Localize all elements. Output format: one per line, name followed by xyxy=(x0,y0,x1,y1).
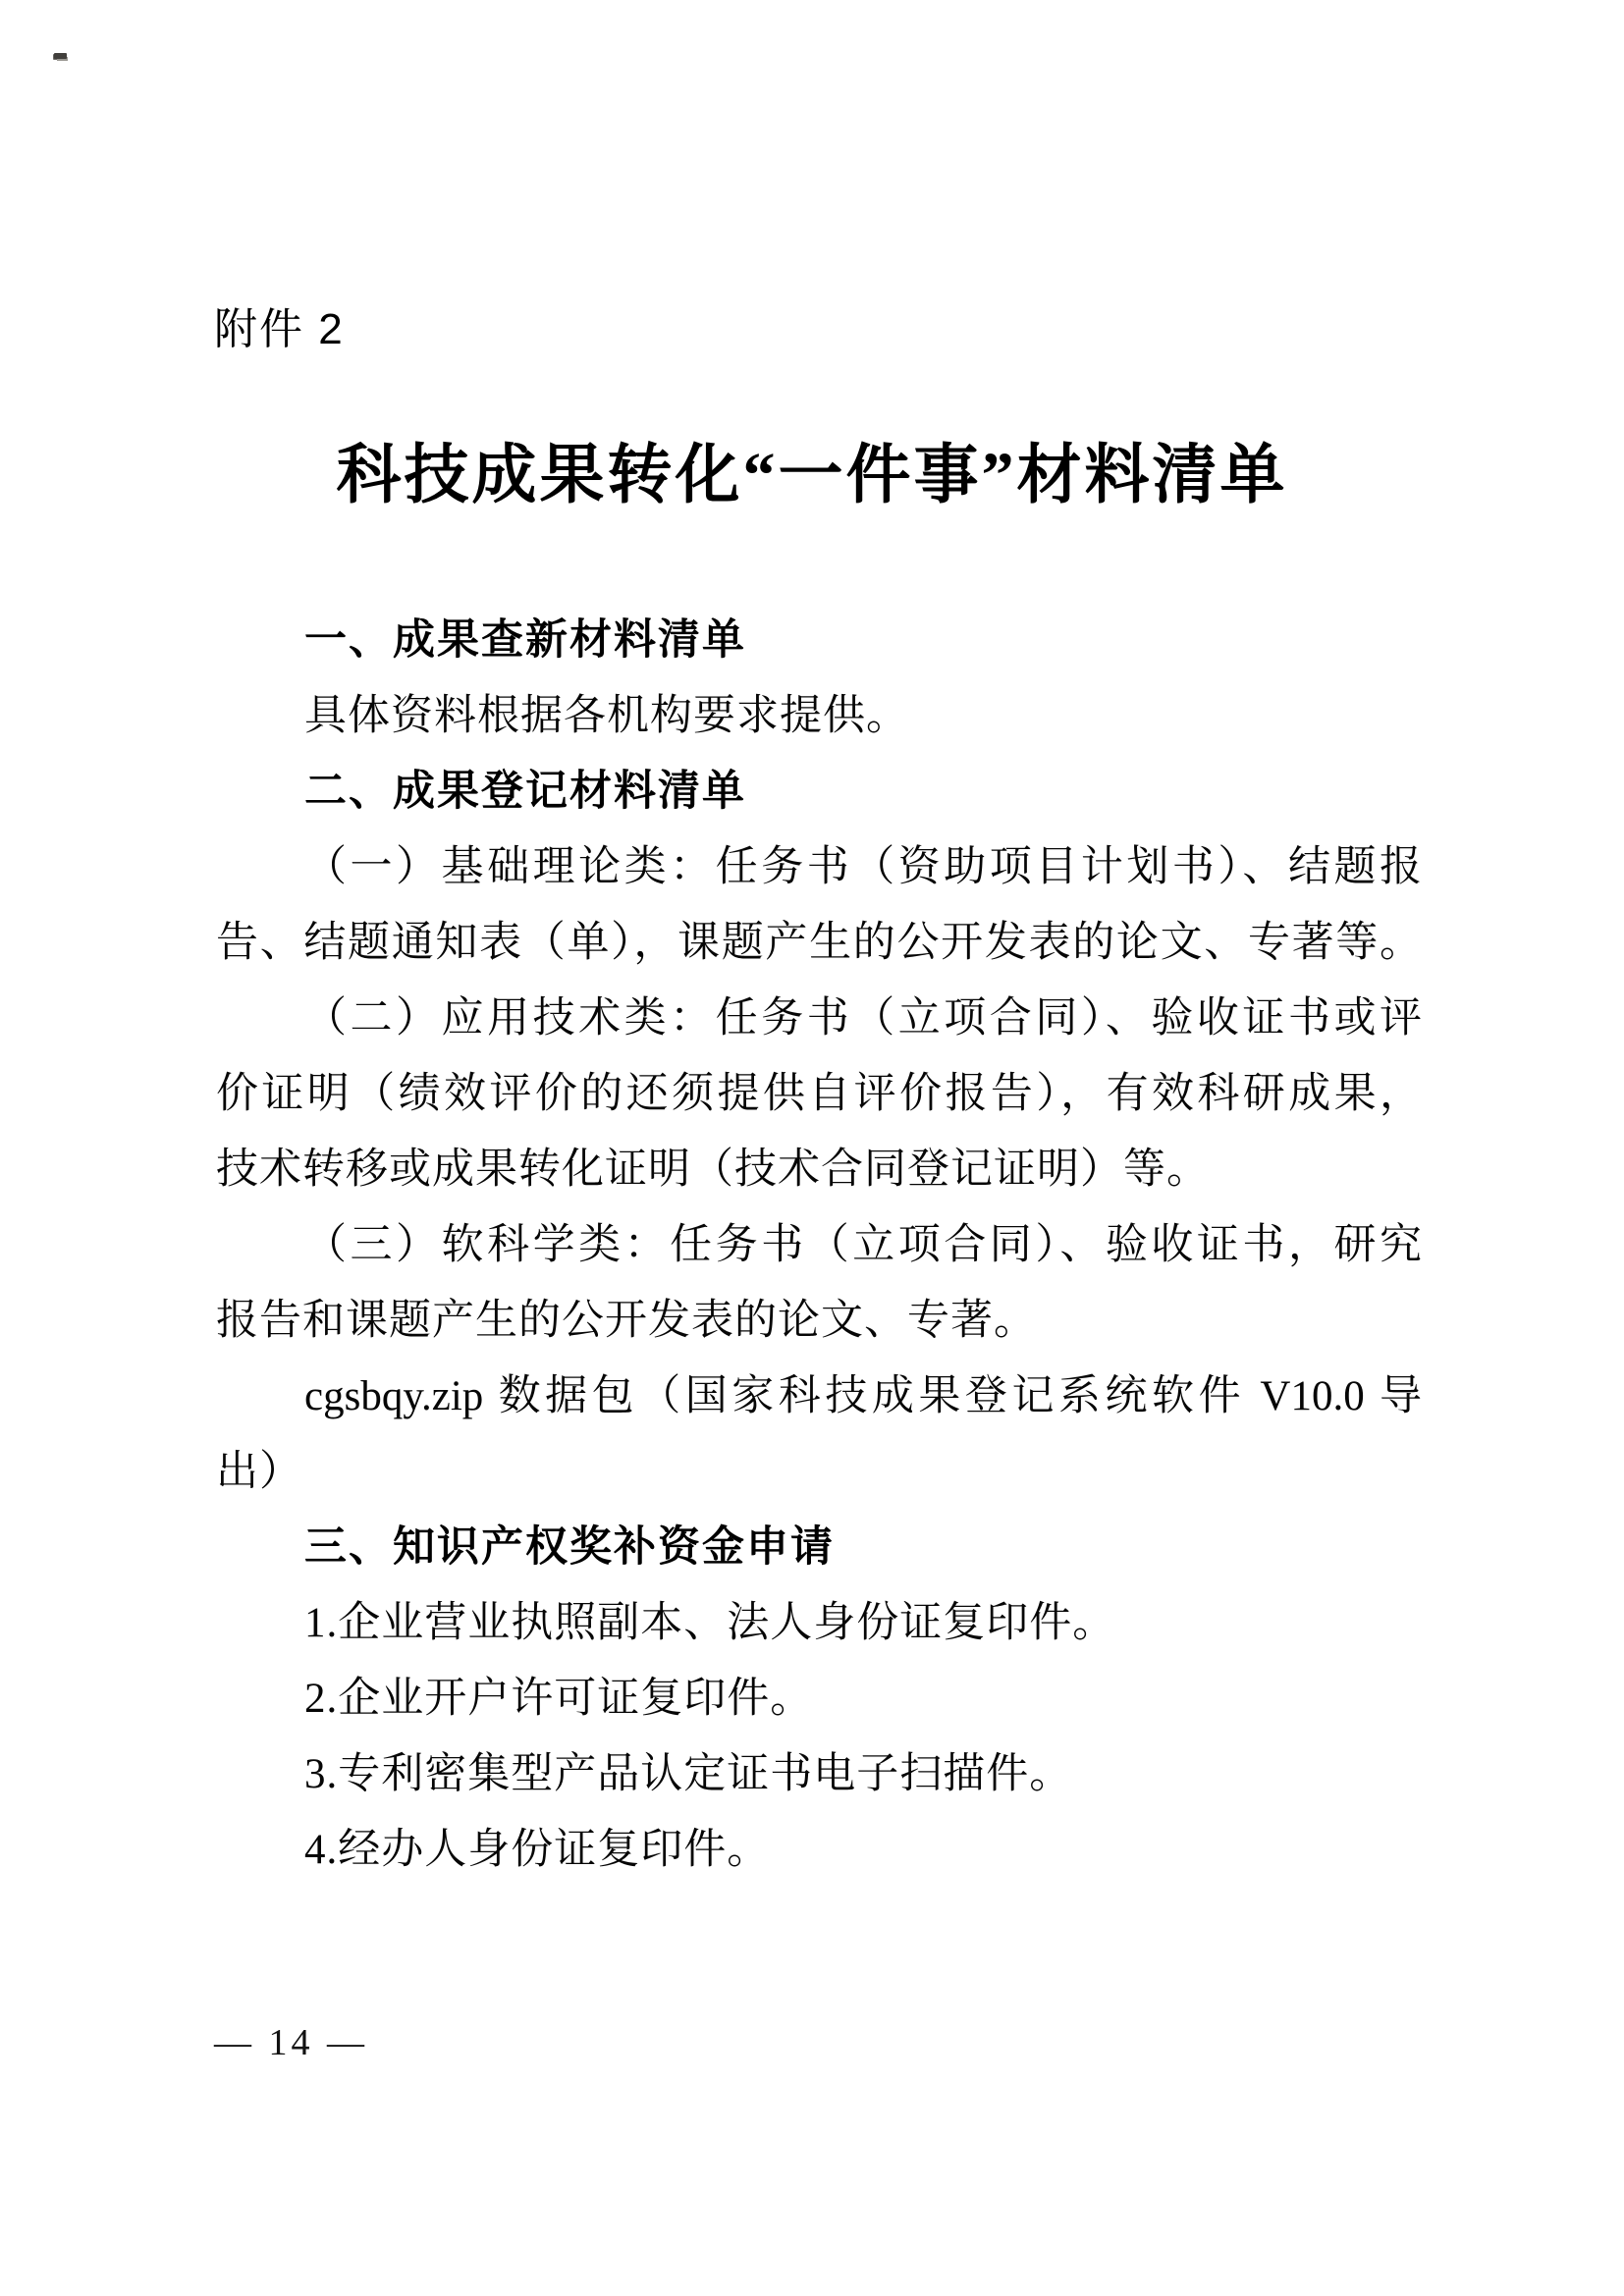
list-item-4: 4.经办人身份证复印件。 xyxy=(216,1812,1422,1888)
page-number: — 14 — xyxy=(214,2020,368,2065)
section-heading-3: 三、知识产权奖补资金申请 xyxy=(216,1510,1422,1585)
body-line: （二）应用技术类：任务书（立项合同）、验收证书或评 xyxy=(216,981,1422,1056)
body-line: 价证明（绩效评价的还须提供自评价报告），有效科研成果， xyxy=(216,1056,1422,1132)
body-line: 出） xyxy=(216,1434,1422,1510)
body-line: 报告和课题产生的公开发表的论文、专著。 xyxy=(216,1283,1422,1359)
section-heading-2: 二、成果登记材料清单 xyxy=(216,754,1422,829)
body-line: 技术转移或成果转化证明（技术合同登记证明）等。 xyxy=(216,1132,1422,1207)
list-item-1: 1.企业营业执照副本、法人身份证复印件。 xyxy=(216,1585,1422,1661)
body-line: 具体资料根据各机构要求提供。 xyxy=(216,678,1422,754)
body-line: （三）软科学类：任务书（立项合同）、验收证书，研究 xyxy=(216,1207,1422,1283)
body-line: cgsbqy.zip 数据包（国家科技成果登记系统软件 V10.0 导 xyxy=(216,1359,1422,1434)
attachment-label: 附件 2 xyxy=(214,304,345,355)
body-line: （一）基础理论类：任务书（资助项目计划书）、结题报 xyxy=(216,829,1422,905)
document-page: 附件 2 科技成果转化“一件事”材料清单 一、成果查新材料清单 具体资料根据各机… xyxy=(0,0,1624,2296)
document-title: 科技成果转化“一件事”材料清单 xyxy=(0,436,1624,516)
document-body: 一、成果查新材料清单 具体资料根据各机构要求提供。 二、成果登记材料清单 （一）… xyxy=(216,603,1422,1888)
list-item-2: 2.企业开户许可证复印件。 xyxy=(216,1661,1422,1736)
section-heading-1: 一、成果查新材料清单 xyxy=(216,603,1422,678)
list-item-3: 3.专利密集型产品认定证书电子扫描件。 xyxy=(216,1736,1422,1812)
scan-artifact-mark xyxy=(54,53,67,59)
body-line: 告、结题通知表（单），课题产生的公开发表的论文、专著等。 xyxy=(216,905,1422,981)
